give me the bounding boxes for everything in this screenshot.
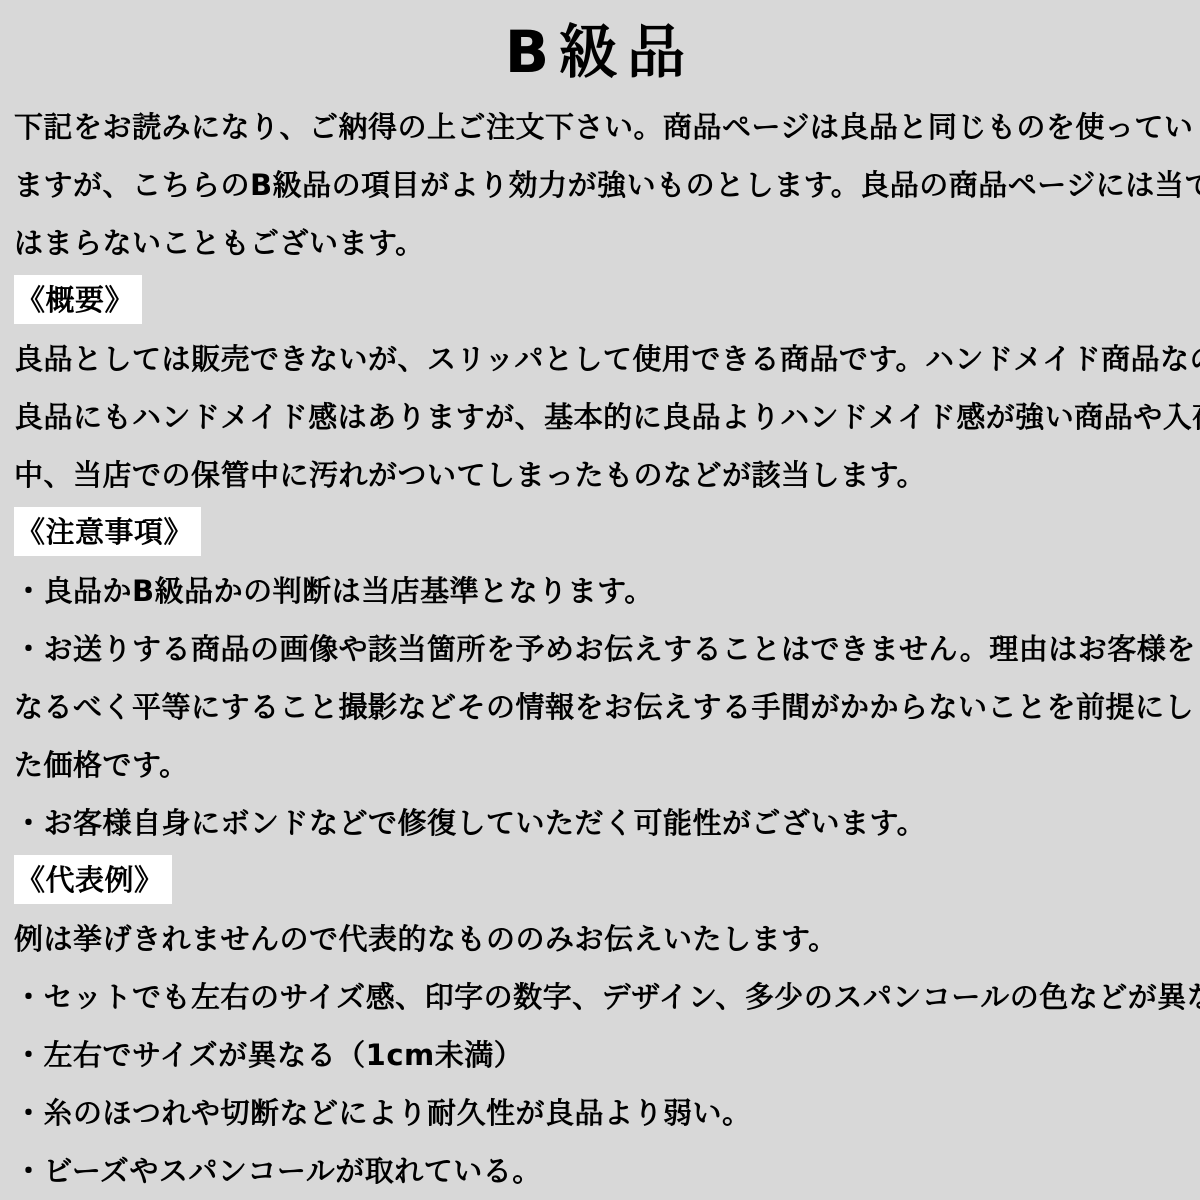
bullet-line: ・左右でサイズが異なる（1cm未満） xyxy=(14,1024,1190,1082)
section-heading-overview: 《概要》 xyxy=(14,270,1190,328)
section-heading-examples: 《代表例》 xyxy=(14,850,1190,908)
section-heading-label: 《代表例》 xyxy=(14,855,172,904)
notice-line: はまらないこともございます。 xyxy=(14,212,1190,270)
section-heading-label: 《注意事項》 xyxy=(14,507,201,556)
bullet-line: ・お送りする商品の画像や該当箇所を予めお伝えすることはできません。理由はお客様を xyxy=(14,618,1190,676)
notice-line: 良品としては販売できないが、スリッパとして使用できる商品です。ハンドメイド商品な… xyxy=(14,328,1190,386)
bullet-line: ・お客様自身にボンドなどで修復していただく可能性がございます。 xyxy=(14,792,1190,850)
notice-line: ますが、こちらのB級品の項目がより効力が強いものとします。良品の商品ページには当… xyxy=(14,154,1190,212)
bullet-line: ・ビーズやスパンコールが取れている。 xyxy=(14,1140,1190,1198)
b-grade-notice-page: B級品 下記をお読みになり、ご納得の上ご注文下さい。商品ページは良品と同じものを… xyxy=(0,0,1200,1200)
page-title: B級品 xyxy=(0,0,1200,96)
notice-line: 下記をお読みになり、ご納得の上ご注文下さい。商品ページは良品と同じものを使ってい xyxy=(14,96,1190,154)
bullet-line: ・良品かB級品かの判断は当店基準となります。 xyxy=(14,560,1190,618)
notice-line: 中、当店での保管中に汚れがついてしまったものなどが該当します。 xyxy=(14,444,1190,502)
section-heading-label: 《概要》 xyxy=(14,275,142,324)
bullet-line: ・糸のほつれや切断などにより耐久性が良品より弱い。 xyxy=(14,1082,1190,1140)
notice-line: なるべく平等にすること撮影などその情報をお伝えする手間がかからないことを前提にし xyxy=(14,676,1190,734)
notice-line: 良品にもハンドメイド感はありますが、基本的に良品よりハンドメイド感が強い商品や入… xyxy=(14,386,1190,444)
notice-line: 例は挙げきれませんので代表的なもののみお伝えいたします。 xyxy=(14,908,1190,966)
notice-body: 下記をお読みになり、ご納得の上ご注文下さい。商品ページは良品と同じものを使ってい… xyxy=(0,96,1200,1198)
notice-line: た価格です。 xyxy=(14,734,1190,792)
section-heading-notes: 《注意事項》 xyxy=(14,502,1190,560)
bullet-line: ・セットでも左右のサイズ感、印字の数字、デザイン、多少のスパンコールの色などが異… xyxy=(14,966,1190,1024)
